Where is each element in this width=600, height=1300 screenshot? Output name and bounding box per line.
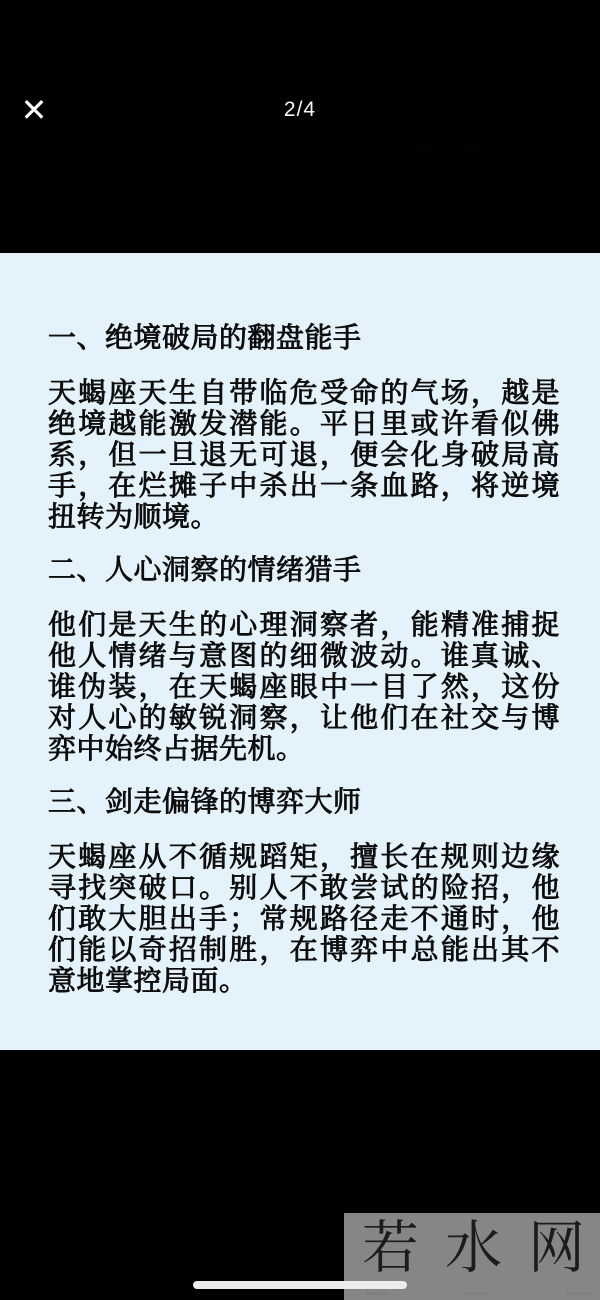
home-indicator[interactable] xyxy=(193,1281,407,1289)
watermark-subtext-item: ······· xyxy=(566,1289,592,1298)
section-body-1: 天蝎座天生自带临危受命的气场，越是绝境越能激发潜能。平日里或许看似佛系，但一旦退… xyxy=(48,377,560,532)
watermark-subtext-item: ······· xyxy=(464,1289,490,1298)
section-heading-3: 三、剑走偏锋的博弈大师 xyxy=(48,786,560,817)
top-bar: ✕ 2/4 xyxy=(0,88,600,136)
article-section: 一、绝境破局的翻盘能手 天蝎座天生自带临危受命的气场，越是绝境越能激发潜能。平日… xyxy=(48,322,560,532)
watermark-subtext-item: ······ xyxy=(366,1289,388,1298)
section-body-3: 天蝎座从不循规蹈矩，擅长在规则边缘寻找突破口。别人不敢尝试的险招，他们敢大胆出手… xyxy=(48,841,560,996)
section-heading-1: 一、绝境破局的翻盘能手 xyxy=(48,322,560,353)
article-section: 三、剑走偏锋的博弈大师 天蝎座从不循规蹈矩，擅长在规则边缘寻找突破口。别人不敢尝… xyxy=(48,786,560,996)
red-mark: ······ xyxy=(456,142,480,152)
section-body-2: 他们是天生的心理洞察者，能精准捕捉他人情绪与意图的细微波动。谁真诚、谁伪装，在天… xyxy=(48,609,560,764)
red-mark: ····· xyxy=(372,142,392,152)
image-viewer-screen: { "viewer": { "close_icon": "✕", "page_i… xyxy=(0,0,600,1300)
page-indicator: 2/4 xyxy=(0,98,600,122)
watermark-text: 若水网 xyxy=(362,1217,600,1279)
section-heading-2: 二、人心洞察的情绪猎手 xyxy=(48,554,560,585)
red-artifact-marks: ····· ······· ······ xyxy=(372,142,480,152)
watermark-subtext: ······ ······· ······· xyxy=(366,1289,592,1298)
red-mark: ······· xyxy=(410,142,438,152)
article-section: 二、人心洞察的情绪猎手 他们是天生的心理洞察者，能精准捕捉他人情绪与意图的细微波… xyxy=(48,554,560,764)
article-image[interactable]: 一、绝境破局的翻盘能手 天蝎座天生自带临危受命的气场，越是绝境越能激发潜能。平日… xyxy=(0,253,600,1050)
